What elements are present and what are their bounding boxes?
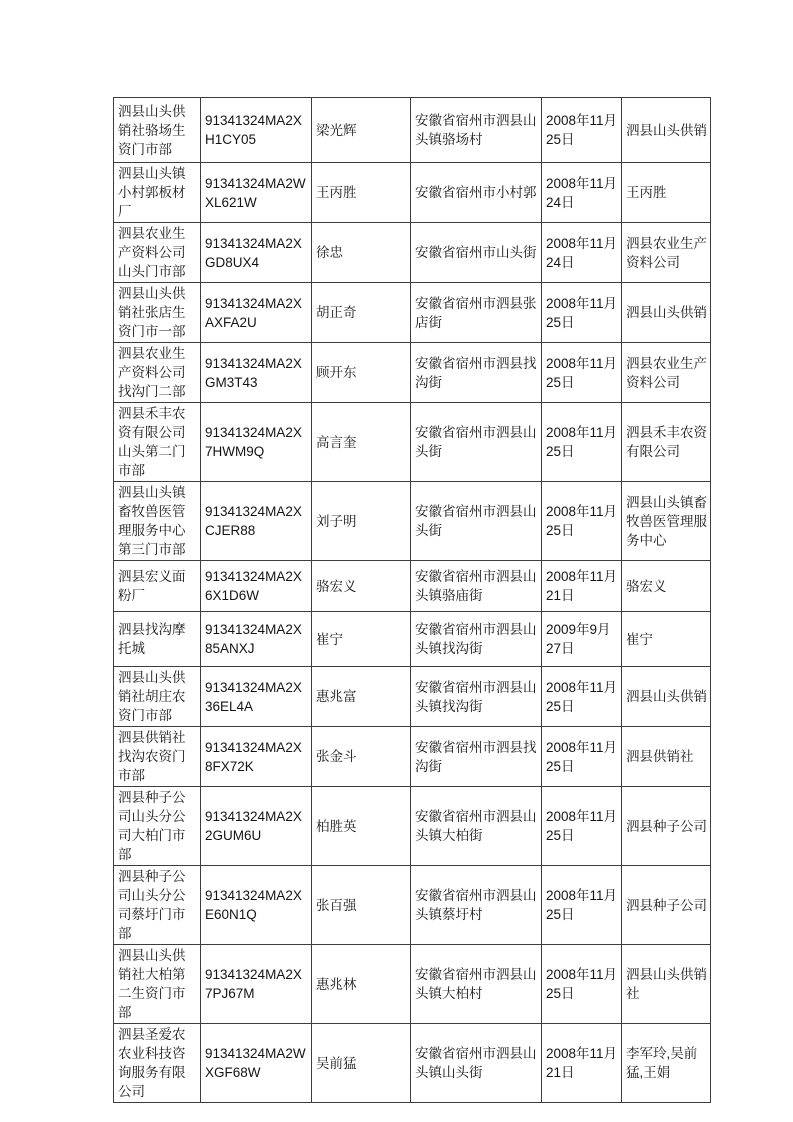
- table-row: 泗县农业生产资料公司山头门市部91341324MA2XGD8UX4徐忠安徽省宿州…: [114, 223, 711, 283]
- cell-company-name: 泗县找沟摩托城: [114, 612, 201, 667]
- cell-address: 安徽省宿州市泗县山头镇找沟街: [411, 612, 542, 667]
- table-row: 泗县找沟摩托城91341324MA2X85ANXJ崔宁安徽省宿州市泗县山头镇找沟…: [114, 612, 711, 667]
- table-row: 泗县山头镇畜牧兽医管理服务中心第三门市部91341324MA2XCJER88刘子…: [114, 482, 711, 561]
- cell-related-party: 泗县种子公司: [622, 787, 711, 866]
- cell-date: 2008年11月25日: [542, 945, 622, 1024]
- cell-date: 2008年11月25日: [542, 727, 622, 787]
- cell-address: 安徽省宿州市小村郭: [411, 163, 542, 223]
- cell-company-name: 泗县农业生产资料公司山头门市部: [114, 223, 201, 283]
- cell-related-party: 泗县山头供销社: [622, 945, 711, 1024]
- cell-company-name: 泗县山头供销社张店生资门市一部: [114, 283, 201, 343]
- table-row: 泗县禾丰农资有限公司山头第二门市部91341324MA2X7HWM9Q高言奎安徽…: [114, 403, 711, 482]
- cell-company-name: 泗县宏义面粉厂: [114, 561, 201, 612]
- cell-credit-code: 91341324MA2X7HWM9Q: [201, 403, 312, 482]
- cell-legal-person: 张金斗: [312, 727, 411, 787]
- cell-address: 安徽省宿州市泗县山头街: [411, 403, 542, 482]
- cell-legal-person: 惠兆林: [312, 945, 411, 1024]
- cell-company-name: 泗县供销社找沟农资门市部: [114, 727, 201, 787]
- cell-date: 2008年11月25日: [542, 98, 622, 163]
- cell-credit-code: 91341324MA2X36EL4A: [201, 667, 312, 727]
- cell-related-party: 泗县供销社: [622, 727, 711, 787]
- cell-credit-code: 91341324MA2XGD8UX4: [201, 223, 312, 283]
- cell-company-name: 泗县种子公司山头分公司蔡圩门市部: [114, 866, 201, 945]
- cell-credit-code: 91341324MA2XE60N1Q: [201, 866, 312, 945]
- cell-credit-code: 91341324MA2X7PJ67M: [201, 945, 312, 1024]
- cell-legal-person: 梁光辉: [312, 98, 411, 163]
- cell-company-name: 泗县山头镇畜牧兽医管理服务中心第三门市部: [114, 482, 201, 561]
- cell-related-party: 泗县种子公司: [622, 866, 711, 945]
- cell-date: 2008年11月21日: [542, 1024, 622, 1103]
- cell-legal-person: 骆宏义: [312, 561, 411, 612]
- table-body: 泗县山头供销社骆场生资门市部91341324MA2XH1CY05梁光辉安徽省宿州…: [114, 98, 711, 1103]
- cell-company-name: 泗县山头供销社胡庄农资门市部: [114, 667, 201, 727]
- cell-legal-person: 高言奎: [312, 403, 411, 482]
- cell-date: 2008年11月21日: [542, 561, 622, 612]
- table-row: 泗县宏义面粉厂91341324MA2X6X1D6W骆宏义安徽省宿州市泗县山头镇骆…: [114, 561, 711, 612]
- cell-related-party: 泗县山头供销: [622, 98, 711, 163]
- cell-related-party: 泗县山头供销: [622, 283, 711, 343]
- cell-related-party: 骆宏义: [622, 561, 711, 612]
- cell-company-name: 泗县圣爱农农业科技咨询服务有限公司: [114, 1024, 201, 1103]
- cell-credit-code: 91341324MA2XCJER88: [201, 482, 312, 561]
- table-row: 泗县山头镇小村郭板材厂91341324MA2WXL621W王丙胜安徽省宿州市小村…: [114, 163, 711, 223]
- cell-date: 2008年11月24日: [542, 163, 622, 223]
- cell-company-name: 泗县禾丰农资有限公司山头第二门市部: [114, 403, 201, 482]
- cell-address: 安徽省宿州市泗县找沟街: [411, 727, 542, 787]
- cell-related-party: 泗县山头镇畜牧兽医管理服务中心: [622, 482, 711, 561]
- table-row: 泗县山头供销社胡庄农资门市部91341324MA2X36EL4A惠兆富安徽省宿州…: [114, 667, 711, 727]
- cell-credit-code: 91341324MA2X2GUM6U: [201, 787, 312, 866]
- cell-credit-code: 91341324MA2X85ANXJ: [201, 612, 312, 667]
- cell-address: 安徽省宿州市泗县山头镇蔡圩村: [411, 866, 542, 945]
- table-row: 泗县山头供销社大柏第二生资门市部91341324MA2X7PJ67M惠兆林安徽省…: [114, 945, 711, 1024]
- cell-legal-person: 徐忠: [312, 223, 411, 283]
- cell-legal-person: 刘子明: [312, 482, 411, 561]
- cell-related-party: 泗县农业生产资料公司: [622, 223, 711, 283]
- cell-date: 2008年11月24日: [542, 223, 622, 283]
- cell-credit-code: 91341324MA2XGM3T43: [201, 343, 312, 403]
- cell-company-name: 泗县种子公司山头分公司大柏门市部: [114, 787, 201, 866]
- cell-related-party: 泗县农业生产资料公司: [622, 343, 711, 403]
- cell-legal-person: 顾开东: [312, 343, 411, 403]
- cell-related-party: 泗县山头供销: [622, 667, 711, 727]
- cell-credit-code: 91341324MA2WXGF68W: [201, 1024, 312, 1103]
- cell-address: 安徽省宿州市泗县山头镇大柏村: [411, 945, 542, 1024]
- registration-table: 泗县山头供销社骆场生资门市部91341324MA2XH1CY05梁光辉安徽省宿州…: [113, 97, 711, 1103]
- cell-date: 2008年11月25日: [542, 866, 622, 945]
- cell-address: 安徽省宿州市泗县山头街: [411, 482, 542, 561]
- cell-date: 2008年11月25日: [542, 787, 622, 866]
- cell-address: 安徽省宿州市泗县山头镇大柏街: [411, 787, 542, 866]
- document-page: 泗县山头供销社骆场生资门市部91341324MA2XH1CY05梁光辉安徽省宿州…: [0, 0, 793, 1122]
- cell-related-party: 王丙胜: [622, 163, 711, 223]
- cell-address: 安徽省宿州市泗县山头镇骆庙街: [411, 561, 542, 612]
- cell-legal-person: 张百强: [312, 866, 411, 945]
- table-row: 泗县种子公司山头分公司蔡圩门市部91341324MA2XE60N1Q张百强安徽省…: [114, 866, 711, 945]
- table-row: 泗县山头供销社骆场生资门市部91341324MA2XH1CY05梁光辉安徽省宿州…: [114, 98, 711, 163]
- cell-related-party: 泗县禾丰农资有限公司: [622, 403, 711, 482]
- cell-company-name: 泗县山头供销社大柏第二生资门市部: [114, 945, 201, 1024]
- cell-company-name: 泗县山头供销社骆场生资门市部: [114, 98, 201, 163]
- cell-legal-person: 胡正奇: [312, 283, 411, 343]
- cell-legal-person: 王丙胜: [312, 163, 411, 223]
- cell-legal-person: 崔宁: [312, 612, 411, 667]
- cell-legal-person: 惠兆富: [312, 667, 411, 727]
- cell-company-name: 泗县农业生产资料公司找沟门二部: [114, 343, 201, 403]
- cell-related-party: 李军玲,吴前猛,王娟: [622, 1024, 711, 1103]
- cell-legal-person: 吴前猛: [312, 1024, 411, 1103]
- cell-address: 安徽省宿州市泗县山头镇山头街: [411, 1024, 542, 1103]
- cell-credit-code: 91341324MA2X8FX72K: [201, 727, 312, 787]
- cell-date: 2008年11月25日: [542, 667, 622, 727]
- cell-address: 安徽省宿州市泗县山头镇找沟街: [411, 667, 542, 727]
- cell-date: 2008年11月25日: [542, 343, 622, 403]
- cell-address: 安徽省宿州市泗县张店街: [411, 283, 542, 343]
- cell-legal-person: 柏胜英: [312, 787, 411, 866]
- cell-date: 2008年11月25日: [542, 403, 622, 482]
- cell-date: 2009年9月27日: [542, 612, 622, 667]
- table-row: 泗县种子公司山头分公司大柏门市部91341324MA2X2GUM6U柏胜英安徽省…: [114, 787, 711, 866]
- cell-credit-code: 91341324MA2WXL621W: [201, 163, 312, 223]
- cell-credit-code: 91341324MA2XAXFA2U: [201, 283, 312, 343]
- cell-date: 2008年11月25日: [542, 482, 622, 561]
- cell-address: 安徽省宿州市山头街: [411, 223, 542, 283]
- table-row: 泗县供销社找沟农资门市部91341324MA2X8FX72K张金斗安徽省宿州市泗…: [114, 727, 711, 787]
- table-row: 泗县农业生产资料公司找沟门二部91341324MA2XGM3T43顾开东安徽省宿…: [114, 343, 711, 403]
- cell-address: 安徽省宿州市泗县找沟街: [411, 343, 542, 403]
- cell-related-party: 崔宁: [622, 612, 711, 667]
- cell-date: 2008年11月25日: [542, 283, 622, 343]
- table-row: 泗县圣爱农农业科技咨询服务有限公司91341324MA2WXGF68W吴前猛安徽…: [114, 1024, 711, 1103]
- table-row: 泗县山头供销社张店生资门市一部91341324MA2XAXFA2U胡正奇安徽省宿…: [114, 283, 711, 343]
- cell-company-name: 泗县山头镇小村郭板材厂: [114, 163, 201, 223]
- cell-address: 安徽省宿州市泗县山头镇骆场村: [411, 98, 542, 163]
- cell-credit-code: 91341324MA2X6X1D6W: [201, 561, 312, 612]
- cell-credit-code: 91341324MA2XH1CY05: [201, 98, 312, 163]
